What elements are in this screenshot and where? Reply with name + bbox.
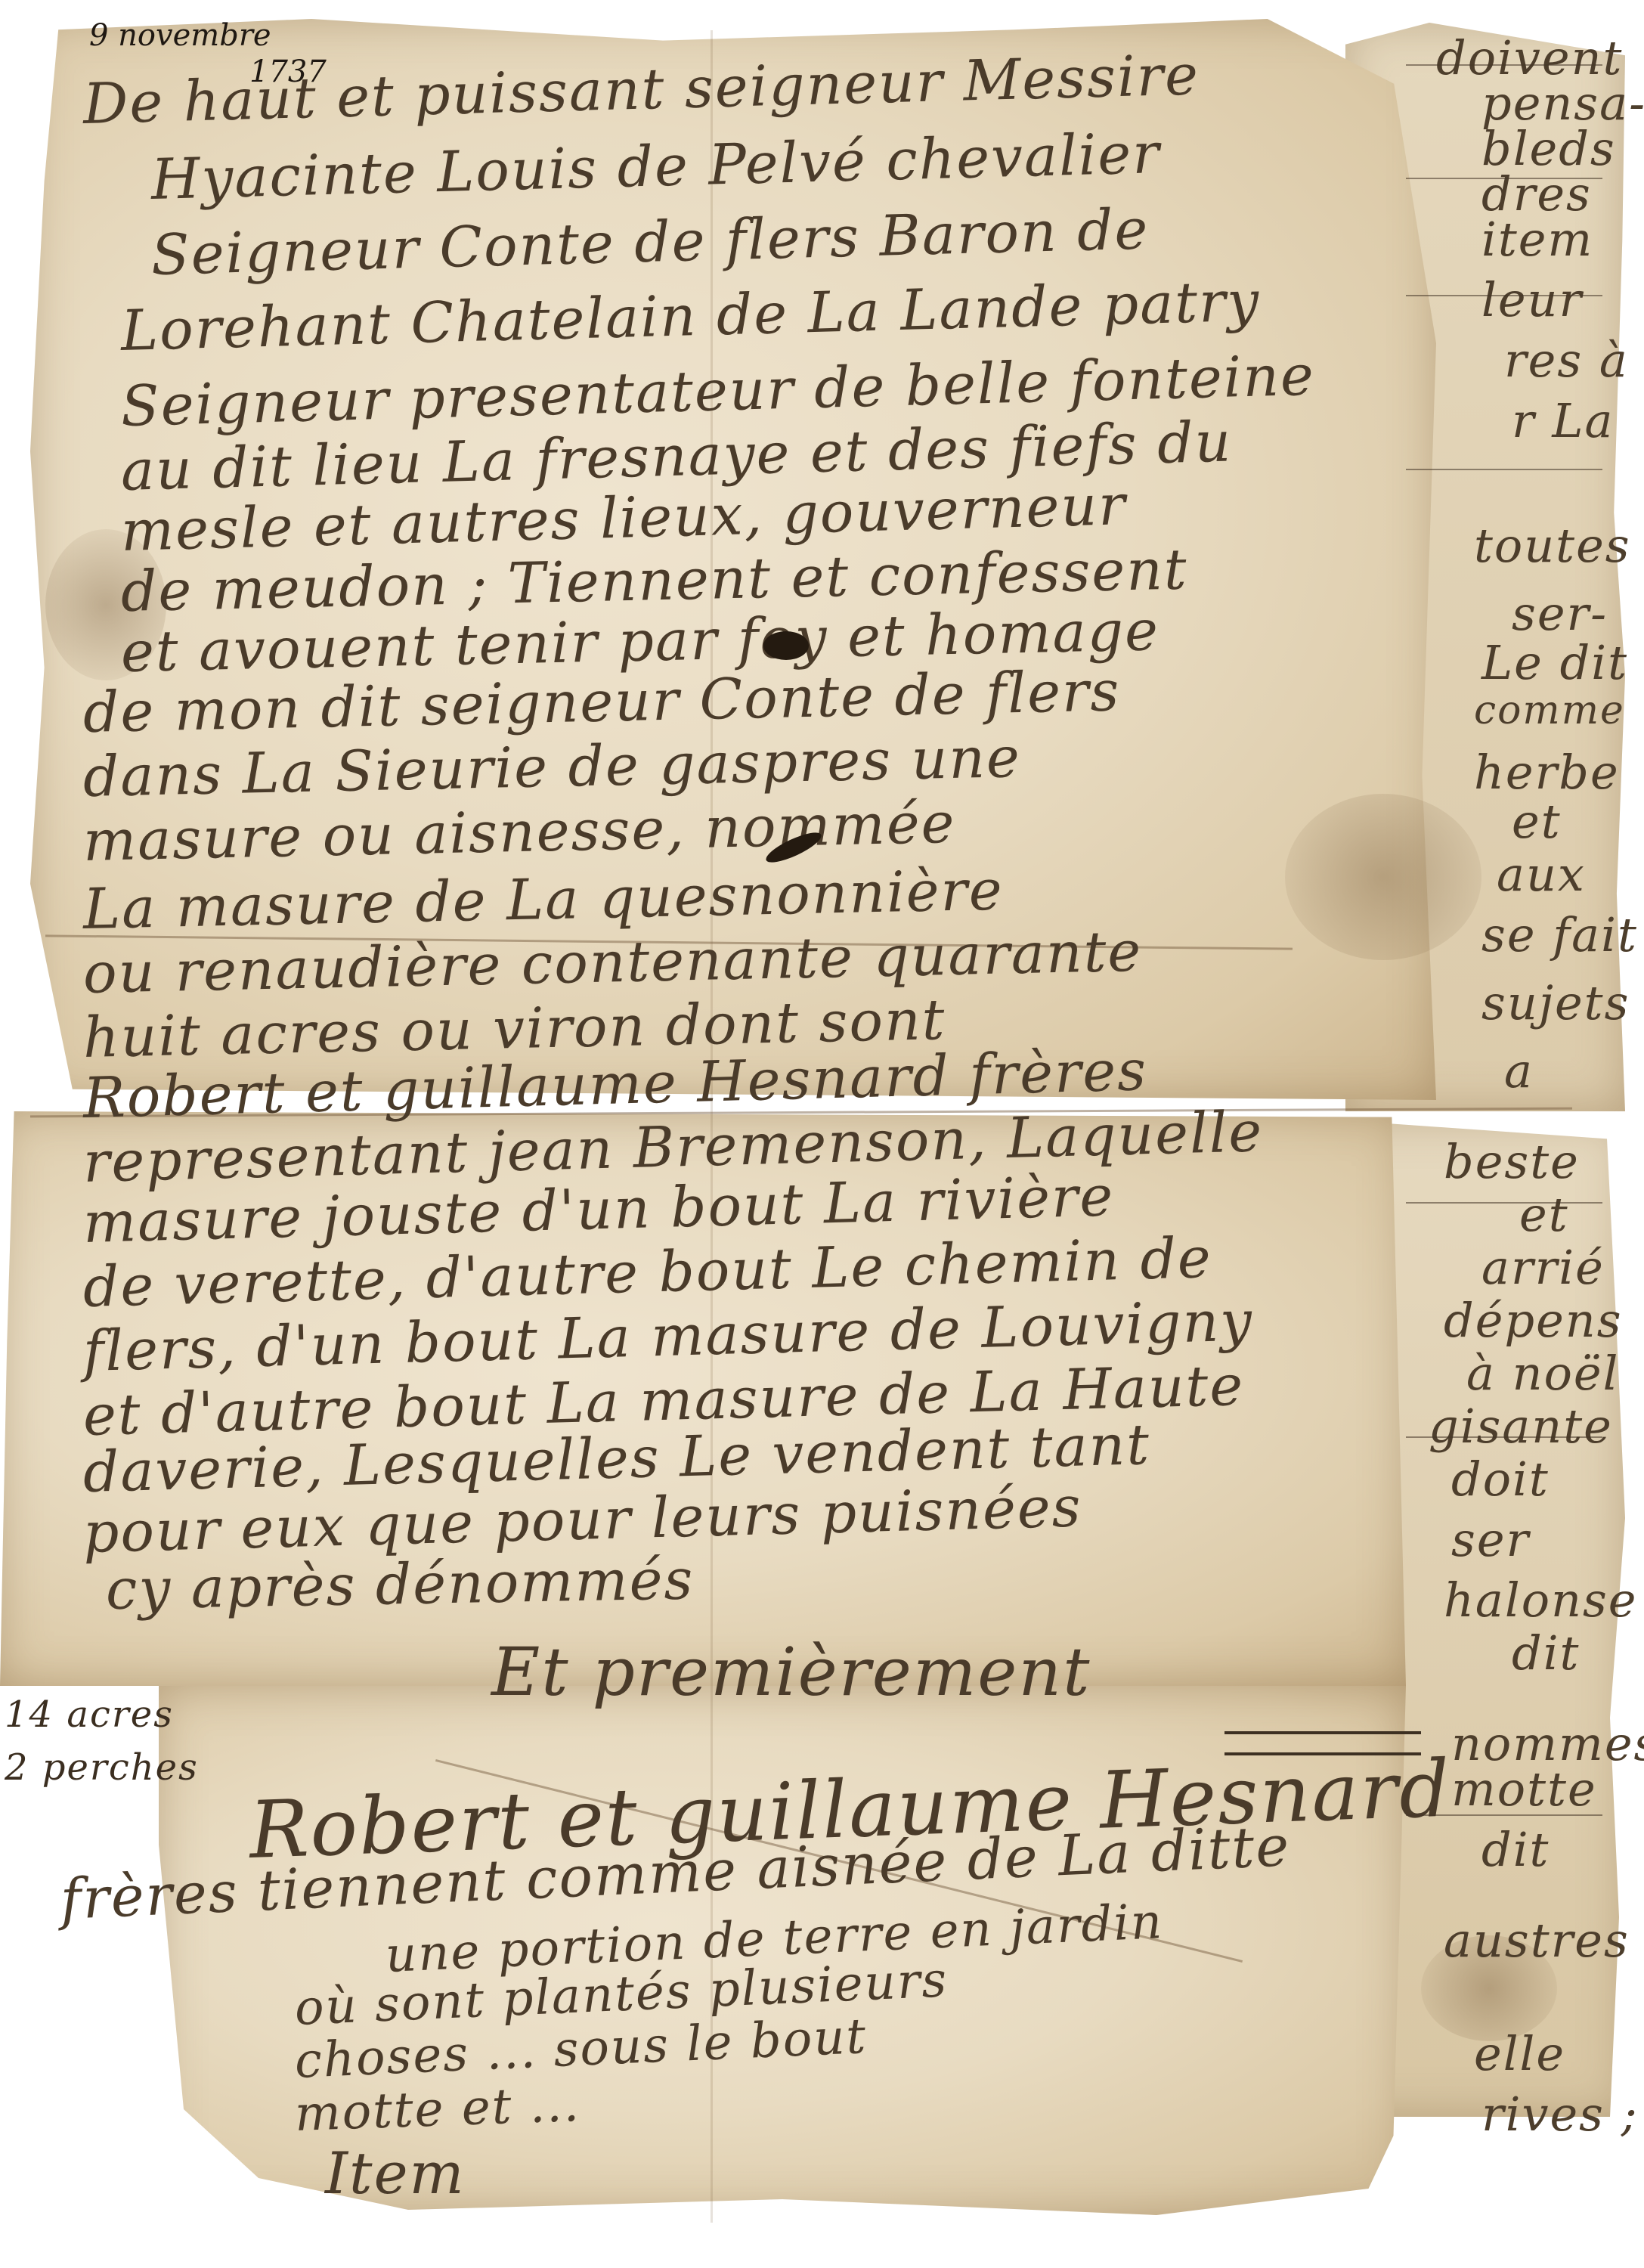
edge-word: res à [1504,333,1629,388]
edge-word: leur [1481,272,1583,327]
edge-word: se fait [1481,907,1638,962]
rule-line [1406,1436,1602,1438]
item-word: Item [325,2139,466,2207]
edge-word: beste [1444,1134,1580,1189]
rule-line [1406,1202,1602,1204]
edge-word: halonse [1444,1572,1638,1628]
date-note-day: 9 novembre [89,18,271,53]
edge-word: et [1519,1187,1569,1242]
edge-word: sujets [1481,975,1630,1030]
text-line: motte et ... [294,2077,581,2143]
edge-word: gisante [1429,1399,1613,1454]
text-line: cy après dénommés [105,1547,695,1622]
margin-note-acres: 14 acres [5,1693,174,1736]
edge-word: aux [1497,847,1586,902]
edge-word: toutes [1474,518,1631,573]
edge-word: dit [1481,1822,1550,1877]
rule-line [1406,178,1602,179]
rule-line [1406,1814,1602,1816]
ink-blot [763,631,809,660]
edge-word: a [1504,1043,1534,1098]
edge-word: et [1512,794,1562,849]
heading-underline-1 [1224,1731,1421,1734]
edge-word: austres [1444,1913,1630,1968]
water-stain [1285,794,1481,960]
edge-word: doit [1451,1452,1550,1507]
edge-word: à noël [1466,1346,1619,1401]
edge-word: herbe [1474,745,1620,800]
margin-note-perches: 2 perches [5,1746,199,1789]
edge-word: comme [1474,688,1625,733]
section-heading: Et premièrement [491,1633,1091,1711]
edge-word: ser [1451,1512,1530,1567]
edge-word: dit [1512,1625,1580,1681]
edge-word: elle [1474,2026,1565,2081]
edge-word: ser- [1512,586,1608,641]
edge-word: arrié [1481,1240,1605,1295]
rule-line [1406,295,1602,296]
edge-word: dépens [1444,1293,1623,1348]
rule-line [1406,64,1602,66]
edge-word: item [1481,212,1593,267]
edge-word: motte [1451,1761,1597,1817]
edge-word: rives ; [1481,2087,1639,2142]
rule-line [1406,469,1602,470]
edge-word: Le dit [1481,635,1628,690]
edge-word: r La [1512,393,1614,448]
